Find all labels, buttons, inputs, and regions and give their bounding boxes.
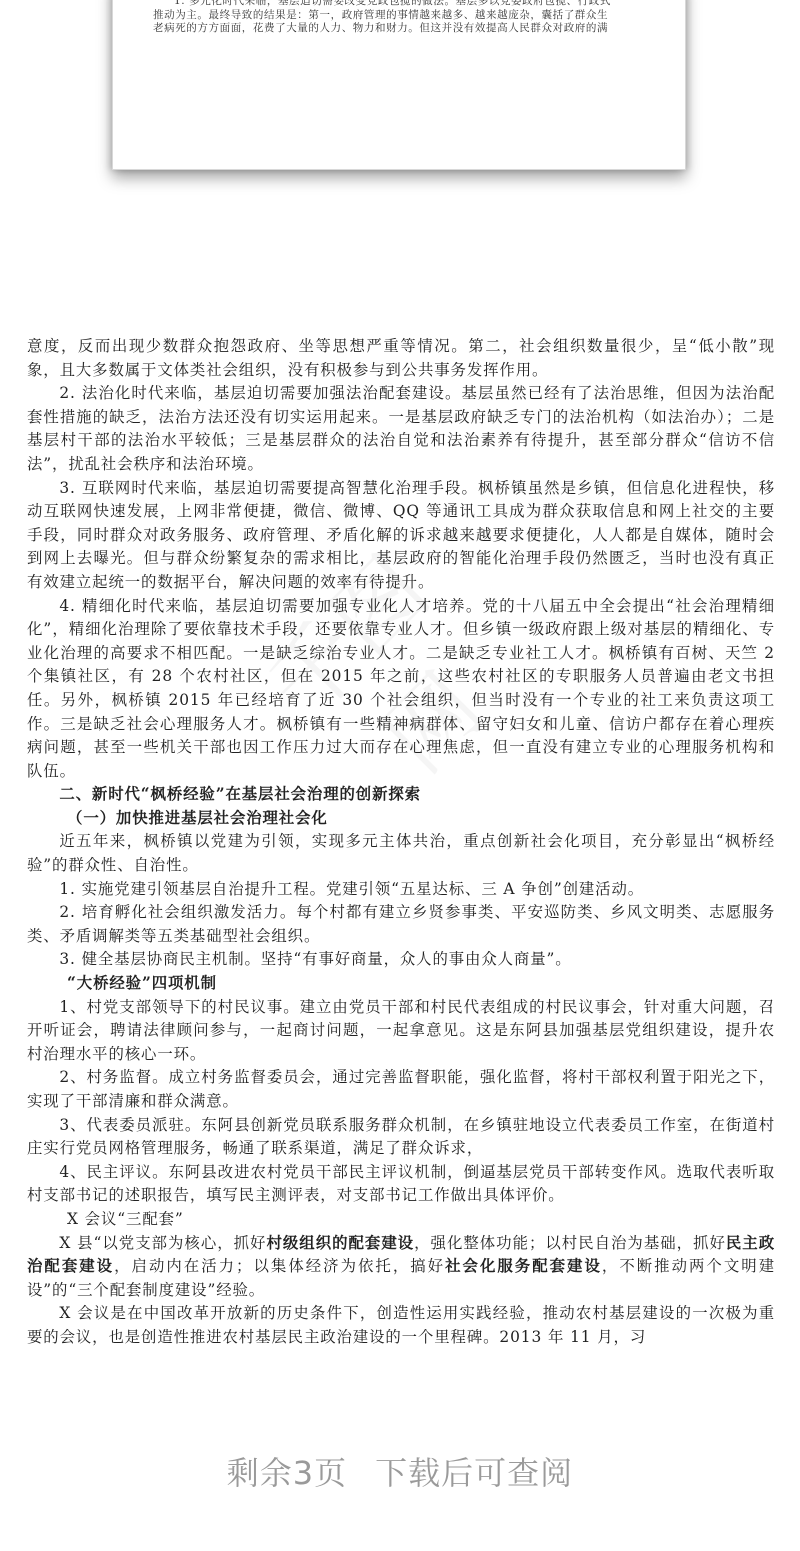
paragraph: 4、民主评议。东阿县改进农村党员干部民主评议机制，倒逼基层党员干部转变作风。选取… xyxy=(27,1161,775,1208)
paragraph: 3. 健全基层协商民主机制。坚持“有事好商量，众人的事由众人商量”。 xyxy=(27,948,775,972)
paragraph: X 会议是在中国改革开放新的历史条件下，创造性运用实践经验，推动农村基层建设的一… xyxy=(27,1302,775,1349)
text-run: ，强化整体功能；以村民自治为基础，抓好 xyxy=(414,1234,726,1252)
paragraph: 意度，反而出现少数群众抱怨政府、坐等思想严重等情况。第二，社会组织数量很少，呈“… xyxy=(27,335,775,382)
remaining-pages-label: 剩余3页 xyxy=(227,1454,347,1492)
preview-page-card: 1. 多元化时代来临，基层迫切需要改变党政包揽的做法。基层多以党委政府包揽、行政… xyxy=(112,0,686,170)
mechanism-title: “大桥经验”四项机制 xyxy=(27,972,775,996)
paragraph: 2. 培育孵化社会组织激发活力。每个村都有建立乡贤参事类、平安巡防类、乡风文明类… xyxy=(27,901,775,948)
remaining-pages-banner[interactable]: 剩余3页下载后可查阅 xyxy=(0,1448,800,1494)
paragraph: 近五年来，枫桥镇以党建为引领，实现多元主体共治，重点创新社会化项目，充分彰显出“… xyxy=(27,830,775,877)
paragraph: 1、村党支部领导下的村民议事。建立由党员干部和村民代表组成的村民议事会，针对重大… xyxy=(27,996,775,1067)
paragraph: 2. 法治化时代来临，基层迫切需要加强法治配套建设。基层虽然已经有了法治思维，但… xyxy=(27,382,775,476)
preview-line: 推动为主。最终导致的结果是：第一，政府管理的事情越来越多、越来越庞杂，囊括了群众… xyxy=(153,9,653,23)
document-body: 意度，反而出现少数群众抱怨政府、坐等思想严重等情况。第二，社会组织数量很少，呈“… xyxy=(27,335,775,1350)
preview-line: 老病死的方方面面，花费了大量的人力、物力和财力。但这并没有效提高人民群众对政府的… xyxy=(153,22,653,36)
paragraph: 3、代表委员派驻。东阿县创新党员联系服务群众机制，在乡镇驻地设立代表委员工作室，… xyxy=(27,1114,775,1161)
preview-page-text: 1. 多元化时代来临，基层迫切需要改变党政包揽的做法。基层多以党委政府包揽、行政… xyxy=(153,0,653,36)
text-run: X 县“以党支部为核心，抓好 xyxy=(59,1234,266,1252)
preview-line: 1. 多元化时代来临，基层迫切需要改变党政包揽的做法。基层多以党委政府包揽、行政… xyxy=(153,0,653,9)
bold-run: 社会化服务配套建设 xyxy=(445,1257,602,1275)
paragraph: X 县“以党支部为核心，抓好村级组织的配套建设，强化整体功能；以村民自治为基础，… xyxy=(27,1232,775,1303)
meeting-title: X 会议“三配套” xyxy=(27,1208,775,1232)
download-hint-label: 下载后可查阅 xyxy=(375,1454,573,1492)
bold-run: 村级组织的配套建设 xyxy=(266,1234,414,1252)
paragraph: 2、村务监督。成立村务监督委员会，通过完善监督职能，强化监督，将村干部权利置于阳… xyxy=(27,1066,775,1113)
paragraph: 4. 精细化时代来临，基层迫切需要加强专业化人才培养。党的十八届五中全会提出“社… xyxy=(27,595,775,784)
subsection-heading: （一）加快推进基层社会治理社会化 xyxy=(27,807,775,831)
section-heading: 二、新时代“枫桥经验”在基层社会治理的创新探索 xyxy=(27,783,775,807)
paragraph: 1. 实施党建引领基层自治提升工程。党建引领“五星达标、三 A 争创”创建活动。 xyxy=(27,878,775,902)
paragraph: 3. 互联网时代来临，基层迫切需要提高智慧化治理手段。枫桥镇虽然是乡镇，但信息化… xyxy=(27,477,775,595)
text-run: ，启动内在活力；以集体经济为依托，搞好 xyxy=(114,1257,445,1275)
